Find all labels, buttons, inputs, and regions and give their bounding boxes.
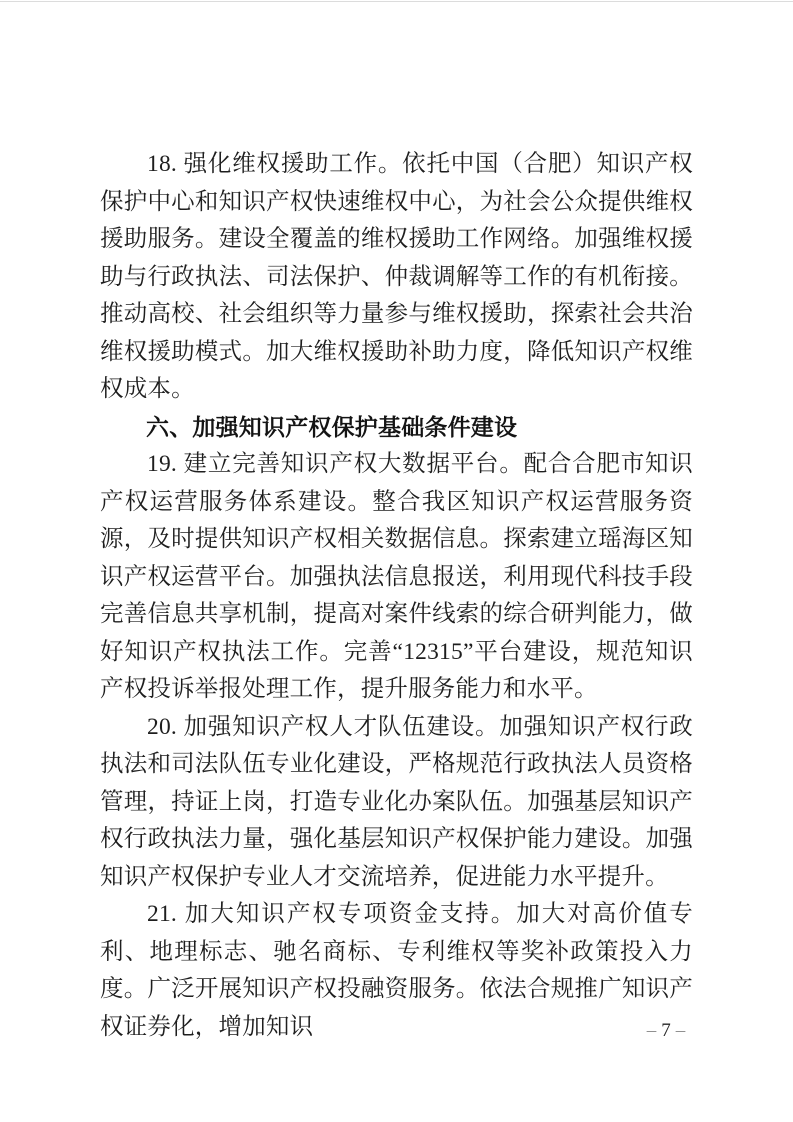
page-number-value: 7 [661,1020,671,1041]
body-paragraph: 21. 加大知识产权专项资金支持。加大对高价值专利、地理标志、驰名商标、专利维权… [100,896,693,1046]
page-number-dash-left: – [647,1020,657,1041]
page-number: –7– [636,1020,696,1042]
document-page: 18. 强化维权援助工作。依托中国（合肥）知识产权保护中心和知识产权快速维权中心… [0,0,793,1122]
page-number-dash-right: – [676,1020,686,1041]
document-body: 18. 强化维权援助工作。依托中国（合肥）知识产权保护中心和知识产权快速维权中心… [100,146,693,1046]
section-heading: 六、加强知识产权保护基础条件建设 [100,409,693,447]
body-paragraph: 19. 建立完善知识产权大数据平台。配合合肥市知识产权运营服务体系建设。整合我区… [100,446,693,709]
body-paragraph: 20. 加强知识产权人才队伍建设。加强知识产权行政执法和司法队伍专业化建设，严格… [100,709,693,897]
body-paragraph: 18. 强化维权援助工作。依托中国（合肥）知识产权保护中心和知识产权快速维权中心… [100,146,693,409]
scan-artifact-line [0,1,793,2]
